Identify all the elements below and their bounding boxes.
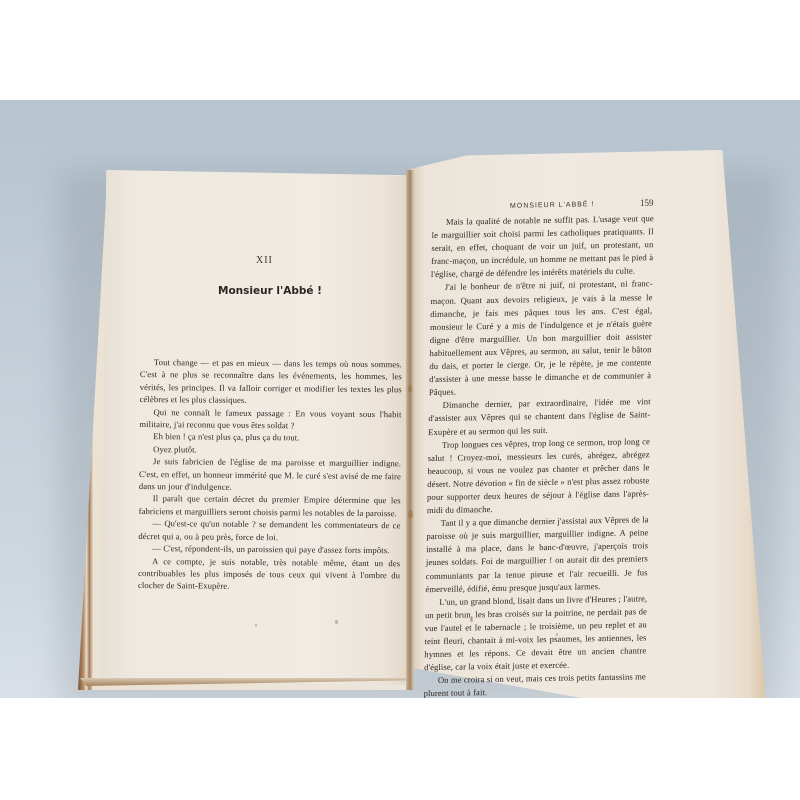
chapter-number: XII — [256, 255, 273, 266]
paragraph: Il paraît que certain décret du premier … — [139, 492, 401, 519]
left-page-body: Tout change — et pas en mieux — dans les… — [138, 356, 402, 594]
paragraph: Qui ne connaît le fameux passage : En vo… — [139, 406, 401, 433]
paragraph: Je suis fabricien de l'église de ma paro… — [139, 455, 401, 495]
page-number: 159 — [640, 198, 654, 208]
foxing-spot — [255, 624, 257, 627]
paragraph: Mais la qualité de notable ne suffit pas… — [431, 212, 654, 281]
book-gutter — [406, 170, 414, 690]
right-page-body: Mais la qualité de notable ne suffit pas… — [423, 212, 654, 698]
paragraph: Tant il y a que dimanche dernier j'assis… — [425, 513, 648, 595]
foxing-spot — [408, 510, 413, 519]
paragraph: L'un, un grand blond, lisait dans un liv… — [424, 592, 647, 674]
paragraph: J'ai le bonheur de n'être ni juif, ni pr… — [429, 278, 653, 400]
paragraph: Dimanche dernier, par extraordinaire, l'… — [428, 396, 651, 439]
paragraph: On me croira si on veut, mais ces trois … — [424, 671, 646, 698]
paragraph: — Qu'est-ce qu'un notable ? se demandent… — [138, 517, 400, 544]
paragraph: Tout change — et pas en mieux — dans les… — [140, 356, 402, 408]
paragraph: Trop longues ces vêpres, trop long ce se… — [427, 435, 650, 517]
chapter-title: Monsieur l'Abbé ! — [218, 285, 322, 297]
paragraph: A ce compte, je suis notable, très notab… — [138, 554, 400, 594]
book-photo: XII Monsieur l'Abbé ! Tout change — et p… — [0, 100, 800, 698]
foxing-spot — [408, 385, 412, 393]
foxing-spot — [335, 620, 338, 624]
